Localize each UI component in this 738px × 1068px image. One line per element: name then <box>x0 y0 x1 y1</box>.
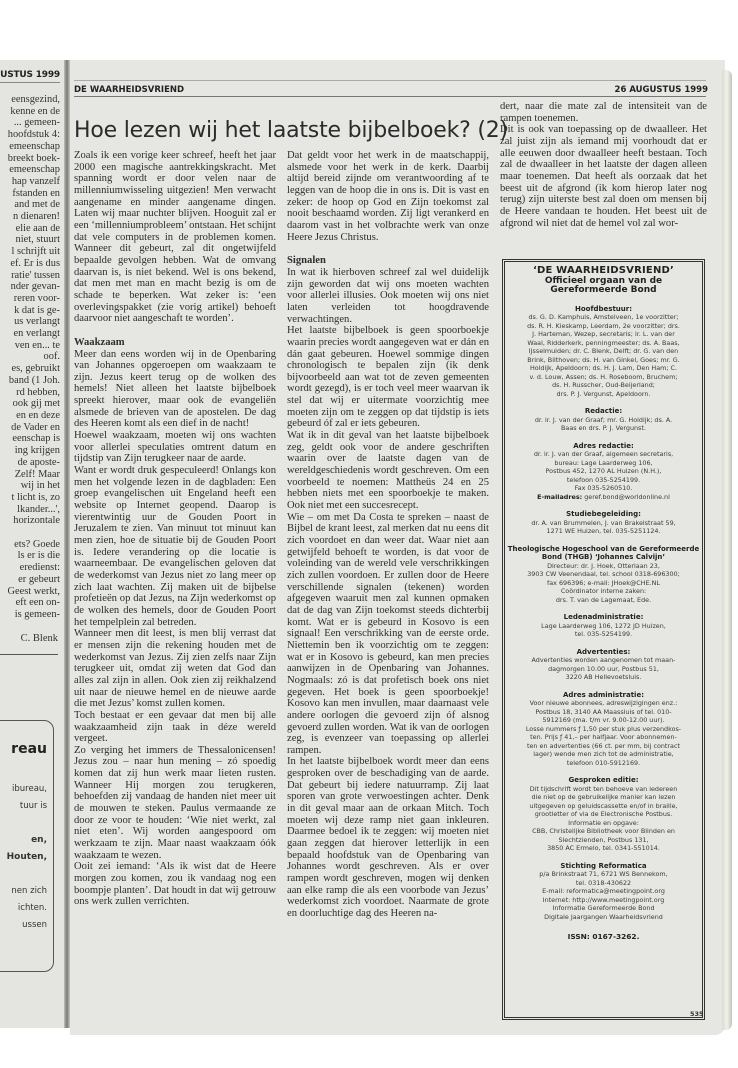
colophon-section-heading: Redactie: <box>507 407 700 416</box>
colophon-line: p/a Brinkstraat 71, 6721 WS Bennekom, <box>507 870 700 879</box>
colophon-line: v. d. Louw, Assen; ds. H. Roseboom, Bruc… <box>507 373 700 382</box>
colophon-line: fax 696396; e-mail: JHoek@CHE.NL <box>507 579 700 588</box>
left-page-line: elie aan de <box>0 223 60 235</box>
paragraph: Hoewel waakzaam, moeten wij ons wachten … <box>74 430 276 465</box>
colophon-section: Adres administratie:Voor nieuwe abonnees… <box>507 691 700 768</box>
colophon-line: dagmorgen 10.00 uur, Postbus 51, <box>507 665 700 674</box>
colophon-line: 1271 WE Huizen, tel. 035-5251124. <box>507 527 700 536</box>
left-page-line: en verlangt <box>0 328 60 340</box>
paragraph: Toch bestaat er een gevaar dat men bij a… <box>74 710 276 745</box>
left-page-line: lkander...', <box>0 504 60 516</box>
colophon-section: Hoofdbestuur:ds. G. D. Kamphuis, Amstelv… <box>507 305 700 399</box>
left-page-line: oof. <box>0 351 60 363</box>
colophon-section-heading: Hoofdbestuur: <box>507 305 700 314</box>
header-rule <box>74 96 706 97</box>
page-edge <box>722 70 732 1030</box>
left-page-line <box>0 527 60 539</box>
left-box-line: en, <box>31 835 47 845</box>
colophon-line: J. Harteman, Wezep, secretaris; ir. L. v… <box>507 330 700 339</box>
left-box-line: nen zich <box>11 886 47 896</box>
left-page-line: l schrijft uit <box>0 246 60 258</box>
left-page-fragment: USTUS 1999 eensgezind,kenne en de... gem… <box>0 60 64 1028</box>
paragraph: Wat ik in dit geval van het laatste bijb… <box>287 430 489 512</box>
left-page-line: us verlangt <box>0 316 60 328</box>
colophon-line: 5912169 (ma. t/m vr. 9.00-12.00 uur). <box>507 716 700 725</box>
colophon-line: Advertenties worden aangenomen tot maan- <box>507 656 700 665</box>
left-page-line: breekt boek- <box>0 153 60 165</box>
colophon-line: 3220 AB Hellevoetsluis. <box>507 673 700 682</box>
colophon-line: tel. 0318-430622 <box>507 879 700 888</box>
paragraph: dert, naar die mate zal de intensiteit v… <box>500 101 707 124</box>
colophon-sections: Hoofdbestuur:ds. G. D. Kamphuis, Amstelv… <box>507 305 700 922</box>
page-number: 535 <box>690 1010 704 1018</box>
left-page-line: emeenschap <box>0 164 60 176</box>
colophon-line: Postbus 452, 1270 AL Huizen (N.H.), <box>507 467 700 476</box>
colophon-line: ten. Prijs ƒ 41,– per halfjaar. Voor abo… <box>507 733 700 742</box>
left-box-line: reau <box>11 741 47 757</box>
colophon-line: Digitale Jaargangen Waarheidsvriend <box>507 913 700 922</box>
left-page-line: ven en... te <box>0 340 60 352</box>
left-page-line: en en deze <box>0 410 60 422</box>
article-column-3: dert, naar die mate zal de intensiteit v… <box>500 101 707 229</box>
left-box-line: ibureau, <box>12 784 47 794</box>
left-page-line: ing krijgen <box>0 445 60 457</box>
left-page-line: ... gemeen- <box>0 117 60 129</box>
left-page-line: Geest werkt, <box>0 586 60 598</box>
colophon-line: ten en advertenties (66 ct. per mm, bij … <box>507 742 700 751</box>
left-page-line: emeenschap <box>0 141 60 153</box>
colophon-line: Informatie Gereformeerde Bond <box>507 904 700 913</box>
paragraph: Wanneer men dit leest, is men blij verra… <box>74 628 276 710</box>
left-page-line: eredienst: <box>0 562 60 574</box>
colophon-line: tel. 035-5254199. <box>507 630 700 639</box>
colophon-line: Internet: http://www.meetingpoint.org <box>507 896 700 905</box>
left-page-text: eensgezind,kenne en de... gemeen-hoofdst… <box>0 94 60 621</box>
left-page-line: nder gevan- <box>0 281 60 293</box>
colophon-line: Informatie en opgave: <box>507 819 700 828</box>
paragraph: Dit is ook van toepassing op de dwaallee… <box>500 124 707 229</box>
colophon-line: Losse nummers ƒ 1,50 per stuk plus verze… <box>507 725 700 734</box>
left-page-line: ratie' tussen <box>0 270 60 282</box>
paragraph: Ooit zei iemand: ‘Als ik wist dat de Hee… <box>74 861 276 908</box>
colophon-subtitle-2: Gereformeerde Bond <box>507 286 700 296</box>
colophon-line: ds. R. H. Kieskamp, Leerdam, 2e voorzitt… <box>507 322 700 331</box>
colophon-section-heading: Advertenties: <box>507 648 700 657</box>
colophon-line: Voor nieuwe abonnees, adreswijzigingen e… <box>507 699 700 708</box>
colophon-section: Adres redactie:dr. ir. J. van der Graaf,… <box>507 442 700 502</box>
left-page-line: ef. Er is dus <box>0 258 60 270</box>
colophon-line: ds. H. Russcher, Oud-Beijerland; <box>507 381 700 390</box>
colophon-line: E-mail: reformatica@meetingpoint.org <box>507 887 700 896</box>
left-page-line: Zelf! Maar <box>0 469 60 481</box>
left-box-line: Houten, <box>7 852 47 862</box>
colophon-section: Redactie:dr. ir. J. van der Graaf; mr. G… <box>507 407 700 433</box>
left-page-line: t licht is, zo <box>0 492 60 504</box>
colophon-line: Fax 035-5260510. <box>507 484 700 493</box>
left-page-line: es, gebruikt <box>0 363 60 375</box>
left-page-line: er gebeurt <box>0 574 60 586</box>
colophon-line: drs. P. J. Vergunst, Apeldoorn. <box>507 390 700 399</box>
left-page-line: eensgezind, <box>0 94 60 106</box>
left-page-line: band (1 Joh. <box>0 375 60 387</box>
colophon-line: dr. ir. J. van der Graaf, algemeen secre… <box>507 450 700 459</box>
colophon-line: drs. T. van de Lagemaat, Ede. <box>507 596 700 605</box>
colophon-line: 3850 AC Ermelo, tel. 0341-551014. <box>507 844 700 853</box>
left-page-line: niet, stuurt <box>0 234 60 246</box>
left-page-line: fstanden en <box>0 188 60 200</box>
left-page-line: ls er is die <box>0 550 60 562</box>
left-page-line: ook gij met <box>0 398 60 410</box>
colophon-line: Slechtzienden, Postbus 131, <box>507 836 700 845</box>
paragraph: Want er wordt druk gespeculeerd! Onlangs… <box>74 465 276 628</box>
colophon-line: lager) wende men zich tot de administrat… <box>507 750 700 759</box>
left-page-line: rd hebben, <box>0 387 60 399</box>
colophon-line: CBB, Christelijke Bibliotheek voor Blind… <box>507 827 700 836</box>
left-page-line: and met de <box>0 199 60 211</box>
paragraph: In wat ik hierboven schreef zal wel duid… <box>287 267 489 325</box>
paragraph: Wie – om met Da Costa te spreken – naast… <box>287 512 489 757</box>
left-page-header: USTUS 1999 <box>0 70 60 83</box>
colophon-line: Directeur: dr. J. Hoek, Otterlaan 23, <box>507 562 700 571</box>
paragraph: Zoals ik een vorige keer schreef, heeft … <box>74 150 276 325</box>
left-page-signature: C. Blenk <box>21 633 58 644</box>
colophon-section-heading: Adres redactie: <box>507 442 700 451</box>
colophon-section: Advertenties:Advertenties worden aangeno… <box>507 648 700 682</box>
left-page-line: hap vanzelf <box>0 176 60 188</box>
colophon-section-heading: Stichting Reformatica <box>507 862 700 871</box>
colophon-title: ‘DE WAARHEIDSVRIEND’ <box>507 266 700 277</box>
colophon-section: Gesproken editie:Dit tijdschrift wordt t… <box>507 776 700 853</box>
left-page-line: n dienaren! <box>0 211 60 223</box>
email-value: geref.bond@worldonline.nl <box>582 493 670 501</box>
article-column-1: Zoals ik een vorige keer schreef, heeft … <box>74 150 276 908</box>
left-page-line: hoofdstuk 4: <box>0 129 60 141</box>
colophon-line: dr. A. van Brummelen, J. van Brakelstraa… <box>507 519 700 528</box>
subheading: Waakzaam <box>74 337 276 349</box>
email-row: E-mailadres: geref.bond@worldonline.nl <box>507 493 700 502</box>
left-page-line: de Vader en <box>0 422 60 434</box>
colophon-line: telefoon 010-5912169. <box>507 759 700 768</box>
colophon-line: Lage Laarderweg 106, 1272 JD Huizen, <box>507 622 700 631</box>
issue-date: 26 AUGUSTUS 1999 <box>615 85 708 95</box>
left-page-line: eft een on- <box>0 597 60 609</box>
colophon-section-heading: Theologische Hogeschool van de Gereforme… <box>507 545 700 562</box>
colophon-line: Brink, Bilthoven; ds. H. van Ginkel, Goe… <box>507 356 700 365</box>
colophon-section: Ledenadministratie:Lage Laarderweg 106, … <box>507 613 700 639</box>
left-page-rule <box>0 654 58 655</box>
left-page-line: kenne en de <box>0 106 60 118</box>
colophon-section-heading: Adres administratie: <box>507 691 700 700</box>
article-title: Hoe lezen wij het laatste bijbelboek? (2… <box>74 118 494 143</box>
colophon-box: ‘DE WAARHEIDSVRIEND’ Officieel orgaan va… <box>502 259 705 1020</box>
left-box-line: ichten. <box>18 903 47 913</box>
left-page-line: reren voor- <box>0 293 60 305</box>
left-page-box: reauibureau,tuur isen,Houten,nen zichich… <box>0 720 54 972</box>
colophon-line: telefoon 035-5254199. <box>507 476 700 485</box>
left-page-line: de aposte- <box>0 457 60 469</box>
colophon-line: Postbus 18, 3140 AA Maassluis of tel. 01… <box>507 708 700 717</box>
email-label: E-mailadres: <box>537 493 582 501</box>
header-top-rule <box>74 80 706 81</box>
colophon-line: Baas en drs. P. J. Vergunst. <box>507 424 700 433</box>
colophon-line: Coördinator interne zaken: <box>507 587 700 596</box>
left-page-line: wij in het <box>0 480 60 492</box>
colophon-line: die niet op de gebruikelijke manier kan … <box>507 793 700 802</box>
colophon-section: Stichting Reformaticap/a Brinkstraat 71,… <box>507 862 700 922</box>
colophon-line: Waal, Ridderkerk, penningmeester; ds. A.… <box>507 339 700 348</box>
left-page-line: k dat is ge- <box>0 305 60 317</box>
colophon-section-heading: Studiebegeleiding: <box>507 510 700 519</box>
colophon-line: 3903 CW Veenendaal, tel. school 0318-696… <box>507 570 700 579</box>
colophon-section: Studiebegeleiding:dr. A. van Brummelen, … <box>507 510 700 536</box>
paragraph: Het laatste bijbelboek is geen spoorboek… <box>287 325 489 430</box>
publication-name: DE WAARHEIDSVRIEND <box>74 85 184 95</box>
article-column-2: Dat geldt voor het werk in de maatschapp… <box>287 150 489 920</box>
colophon-section: Theologische Hogeschool van de Gereforme… <box>507 545 700 605</box>
left-box-line: ussen <box>22 920 47 930</box>
left-page-line: eenschap is <box>0 433 60 445</box>
left-page-line: ets? Goede <box>0 539 60 551</box>
colophon-line: uitgegeven op geluidscassette en/of in b… <box>507 802 700 811</box>
paragraph: Meer dan eens worden wij in de Openbarin… <box>74 349 276 431</box>
colophon-line: dr. ir. J. van der Graaf; mr. G. Holdijk… <box>507 416 700 425</box>
paragraph: Dat geldt voor het werk in de maatschapp… <box>287 150 489 243</box>
colophon-section-heading: Gesproken editie: <box>507 776 700 785</box>
colophon-section-heading: Ledenadministratie: <box>507 613 700 622</box>
colophon-line: bureau: Lage Laarderweg 106, <box>507 459 700 468</box>
left-page-line: is gemeen- <box>0 609 60 621</box>
colophon-line: ds. G. D. Kamphuis, Amstelveen, 1e voorz… <box>507 313 700 322</box>
issn: ISSN: 0167-3262. <box>507 933 700 942</box>
colophon-line: IJsselmuiden; dr. C. Blenk, Delft; dr. G… <box>507 347 700 356</box>
colophon-line: grootletter of via de Electronische Post… <box>507 810 700 819</box>
colophon-line: Holdijk, Apeldoorn; ds. H. J. Lam, Den H… <box>507 364 700 373</box>
left-box-line: tuur is <box>20 801 47 811</box>
left-page-line: horizontale <box>0 515 60 527</box>
subheading: Signalen <box>287 255 489 267</box>
colophon-line: Dit tijdschrift wordt ten behoeve van ie… <box>507 785 700 794</box>
paragraph: Zo verging het immers de Thessalonicense… <box>74 745 276 862</box>
paragraph: In het laatste bijbelboek wordt meer dan… <box>287 756 489 919</box>
